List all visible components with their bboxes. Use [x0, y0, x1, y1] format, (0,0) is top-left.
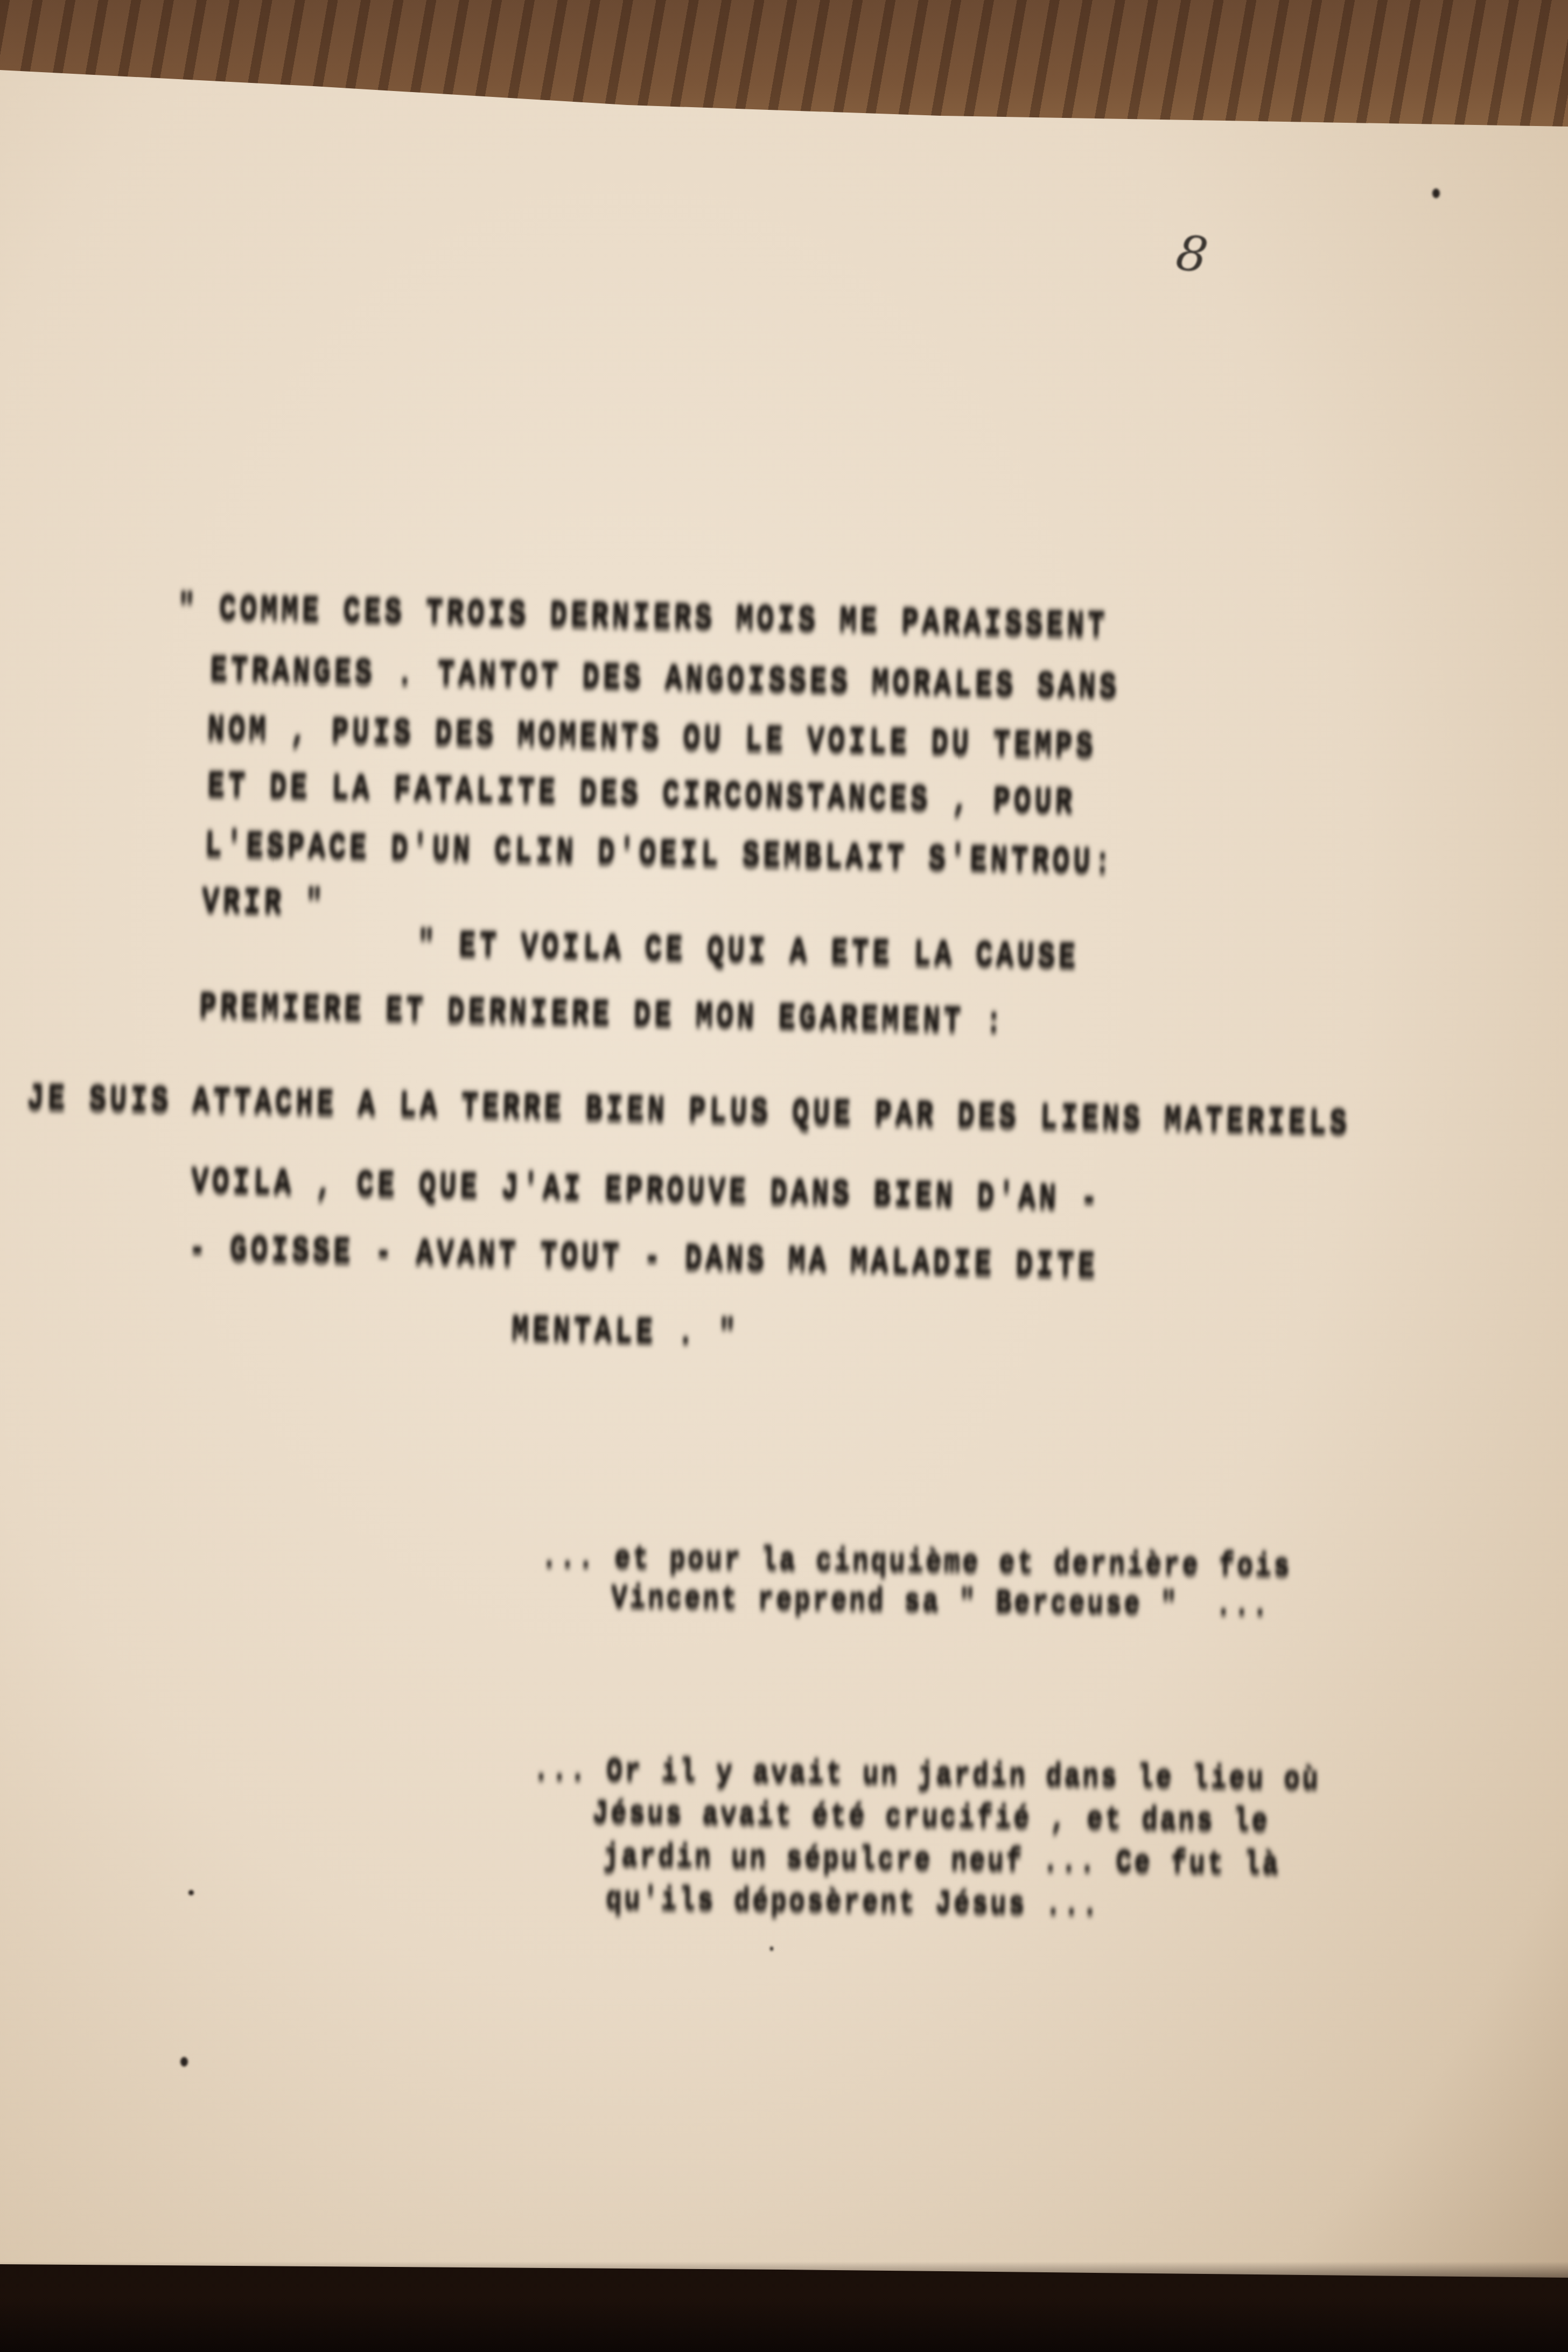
page-bottom-shadow: [0, 2262, 1568, 2352]
ink-speck: [180, 2057, 188, 2067]
note-line: qu'ils déposèrent Jésus ...: [606, 1881, 1101, 1924]
ink-speck: [770, 1947, 773, 1951]
ink-speck: [1432, 188, 1440, 198]
quote-line: MENTALE . ": [511, 1310, 739, 1355]
typewritten-page: [0, 0, 1568, 2294]
ink-speck: [188, 1890, 194, 1895]
quote-line: VRIR ": [201, 881, 326, 925]
